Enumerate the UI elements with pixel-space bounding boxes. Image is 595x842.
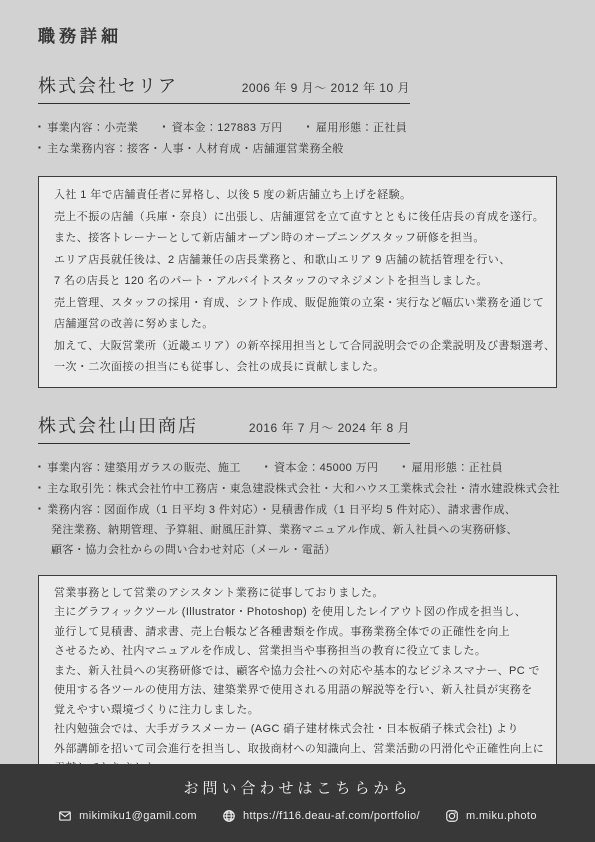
- detail-line: 7 名の店長と 120 名のパート・アルバイトスタッフのマネジメントを担当しまし…: [54, 271, 541, 293]
- company-info-row: 事業内容：建築用ガラスの販売、施工 資本金：45000 万円 雇用形態：正社員: [38, 457, 557, 478]
- company-info-row: 事業内容：小売業 資本金：127883 万円 雇用形態：正社員: [38, 117, 557, 138]
- info-main-clients: 主な取引先：株式会社竹中工務店・東急建設株式会社・大和ハウス工業株式会社・清水建…: [38, 478, 557, 499]
- detail-line: また、新入社員への実務研修では、顧客や協力会社への対応や基本的なビジネスマナー、…: [54, 662, 541, 682]
- page-title: 職務詳細: [38, 22, 557, 47]
- detail-line: 一次・二次面接の担当にも従事し、会社の成長に貢献しました。: [54, 357, 541, 379]
- detail-line: 使用する各ツールの使用方法、建築業界で使用される用語の解説等を行い、新入社員が実…: [54, 681, 541, 701]
- detail-line: させるため、社内マニュアルを作成し、営業担当や事務担当の教育に役立てました。: [54, 642, 541, 662]
- contact-email[interactable]: mikimiku1@gamil.com: [58, 809, 197, 823]
- contact-website[interactable]: https://f116.deau-af.com/portfolio/: [222, 809, 420, 823]
- document-content: 職務詳細 株式会社セリア 2006 年 9 月～ 2012 年 10 月 事業内…: [0, 0, 595, 788]
- job-detail-box: 入社 1 年で店舗責任者に昇格し、以後 5 度の新店舗立ち上げを経験。 売上不振…: [38, 176, 557, 388]
- contact-footer: お問い合わせはこちらから mikimiku1@gamil.com https:/…: [0, 764, 595, 842]
- document-page: 職務詳細 株式会社セリア 2006 年 9 月～ 2012 年 10 月 事業内…: [0, 0, 595, 842]
- company-heading: 株式会社セリア 2006 年 9 月～ 2012 年 10 月: [38, 72, 410, 104]
- contact-instagram[interactable]: m.miku.photo: [445, 809, 537, 823]
- company-info: 事業内容：小売業 資本金：127883 万円 雇用形態：正社員 主な業務内容：接…: [38, 117, 557, 159]
- info-duties: 業務内容：図面作成（1 日平均 3 件対応）・見積書作成（1 日平均 5 件対応…: [38, 499, 557, 520]
- company-heading: 株式会社山田商店 2016 年 7 月～ 2024 年 8 月: [38, 412, 410, 444]
- contact-footer-title: お問い合わせはこちらから: [0, 777, 595, 798]
- detail-line: 覚えやすい環境づくりに注力しました。: [54, 701, 541, 721]
- info-duties-continued: 顧客・協力会社からの問い合わせ対応（メール・電話）: [38, 540, 557, 560]
- job-detail-box: 営業事務として営業のアシスタント業務に従事しておりました。 主にグラフィックツー…: [38, 575, 557, 788]
- info-business: 事業内容：建築用ガラスの販売、施工: [38, 457, 241, 478]
- instagram-icon: [445, 809, 459, 823]
- detail-line: 営業事務として営業のアシスタント業務に従事しておりました。: [54, 584, 541, 604]
- detail-line: 加えて、大阪営業所（近畿エリア）の新卒採用担当として合同説明会での企業説明及び書…: [54, 336, 541, 358]
- contact-email-text: mikimiku1@gamil.com: [79, 810, 197, 822]
- info-employment-type: 雇用形態：正社員: [402, 457, 502, 478]
- detail-line: 入社 1 年で店舗責任者に昇格し、以後 5 度の新店舗立ち上げを経験。: [54, 185, 541, 207]
- detail-line: 外部講師を招いて司会進行を担当し、取扱商材への知識向上、営業活動の円滑化や正確性…: [54, 740, 541, 760]
- company-name: 株式会社山田商店: [38, 412, 198, 438]
- company-section-yamada: 株式会社山田商店 2016 年 7 月～ 2024 年 8 月 事業内容：建築用…: [38, 412, 557, 788]
- detail-line: 売上管理、スタッフの採用・育成、シフト作成、販促施策の立案・実行など幅広い業務を…: [54, 293, 541, 315]
- detail-line: 売上不振の店舗（兵庫・奈良）に出張し、店舗運営を立て直すとともに後任店長の育成を…: [54, 207, 541, 229]
- contact-row: mikimiku1@gamil.com https://f116.deau-af…: [0, 809, 595, 823]
- info-capital: 資本金：127883 万円: [162, 117, 282, 138]
- detail-line: 店舗運営の改善に努めました。: [54, 314, 541, 336]
- employment-period: 2016 年 7 月～ 2024 年 8 月: [249, 419, 410, 436]
- info-main-duties: 主な業務内容：接客・人事・人材育成・店舗運営業務全般: [38, 138, 557, 159]
- detail-line: 社内勉強会では、大手ガラスメーカー (AGC 硝子建材株式会社・日本板硝子株式会…: [54, 720, 541, 740]
- info-duties-continued: 発注業務、納期管理、予算組、耐風圧計算、業務マニュアル作成、新入社員への実務研修…: [38, 520, 557, 540]
- detail-line: エリア店長就任後は、2 店舗兼任の店長業務と、和歌山エリア 9 店舗の統括管理を…: [54, 250, 541, 272]
- company-section-seria: 株式会社セリア 2006 年 9 月～ 2012 年 10 月 事業内容：小売業…: [38, 72, 557, 388]
- info-business: 事業内容：小売業: [38, 117, 138, 138]
- info-employment-type: 雇用形態：正社員: [307, 117, 407, 138]
- contact-instagram-text: m.miku.photo: [466, 810, 537, 822]
- company-info: 事業内容：建築用ガラスの販売、施工 資本金：45000 万円 雇用形態：正社員 …: [38, 457, 557, 560]
- globe-icon: [222, 809, 236, 823]
- email-icon: [58, 809, 72, 823]
- detail-line: 主にグラフィックツール (Illustrator・Photoshop) を使用し…: [54, 603, 541, 623]
- detail-line: また、接客トレーナーとして新店舗オープン時のオープニングスタッフ研修を担当。: [54, 228, 541, 250]
- company-name: 株式会社セリア: [38, 72, 178, 98]
- employment-period: 2006 年 9 月～ 2012 年 10 月: [242, 79, 410, 96]
- contact-website-text: https://f116.deau-af.com/portfolio/: [243, 810, 420, 822]
- detail-line: 並行して見積書、請求書、売上台帳など各種書類を作成。事務業務全体での正確性を向上: [54, 623, 541, 643]
- info-capital: 資本金：45000 万円: [265, 457, 379, 478]
